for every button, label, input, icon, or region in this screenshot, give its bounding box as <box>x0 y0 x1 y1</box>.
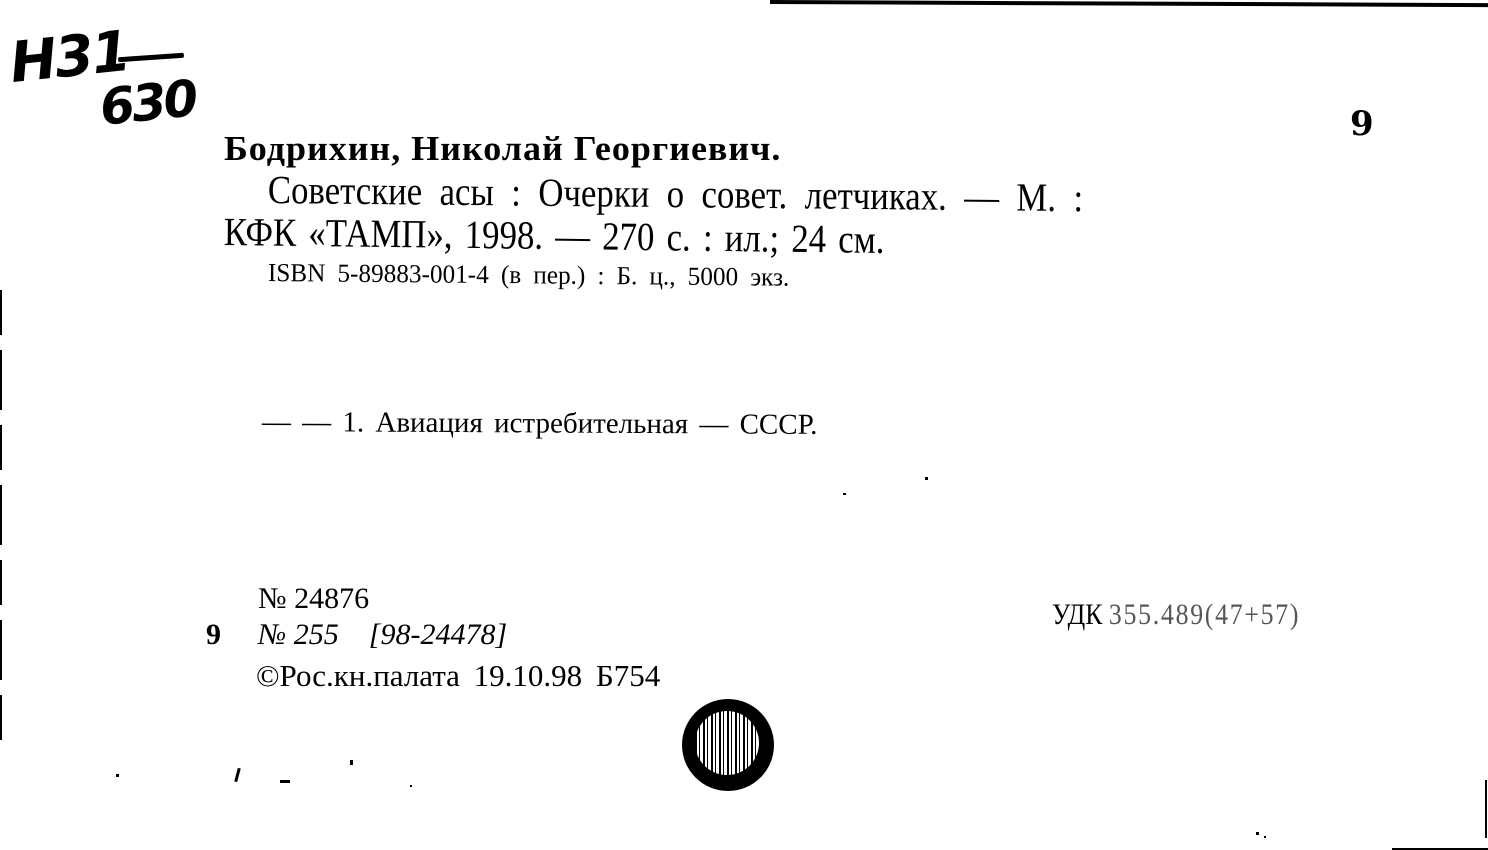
scan-edge-top <box>770 0 1488 7</box>
author-heading: Бодрихин, Николай Георгиевич. <box>224 130 781 165</box>
isbn-statement: ISBN 5-89883-001-4 (в пер.) : Б. ц., 500… <box>268 260 790 291</box>
subject-heading: — — 1. Авиация истребительная — СССР. <box>262 408 818 440</box>
stamp-pattern <box>695 711 759 775</box>
scan-speck <box>843 493 846 495</box>
library-catalog-card: Н31 630 9 Бодрихин, Николай Георгиевич. … <box>0 0 1488 850</box>
udk-value: 355.489(47+57) <box>1109 598 1300 631</box>
stamp-icon <box>682 699 774 791</box>
card-number: № 255 <box>258 618 339 651</box>
book-chamber-number: [98-24478] <box>369 618 507 651</box>
imprint-statement: КФК «ТАМП», 1998. — 270 с. : ил.; 24 см. <box>224 212 885 260</box>
udk-code: УДК 355.489(47+57) <box>1052 600 1300 630</box>
scan-speck <box>1256 832 1259 835</box>
scan-speck <box>234 768 241 782</box>
copyright-line: ©Рос.кн.палата 19.10.98 Б754 <box>256 660 660 691</box>
scan-speck <box>350 760 353 765</box>
scan-speck <box>410 785 412 787</box>
card-number-row: № 255[98-24478] <box>258 620 507 650</box>
scan-speck <box>280 780 290 783</box>
scan-speck <box>116 774 119 777</box>
scan-edge-left <box>0 290 2 750</box>
classification-digit: 9 <box>206 620 221 650</box>
corner-number: 9 <box>1350 104 1374 144</box>
scan-speck <box>925 477 928 480</box>
scan-speck <box>1264 836 1266 838</box>
registration-number: № 24876 <box>258 584 369 614</box>
scan-edge-right <box>1485 780 1487 838</box>
shelf-mark-bottom: 630 <box>98 73 198 133</box>
udk-label: УДК <box>1052 598 1102 631</box>
